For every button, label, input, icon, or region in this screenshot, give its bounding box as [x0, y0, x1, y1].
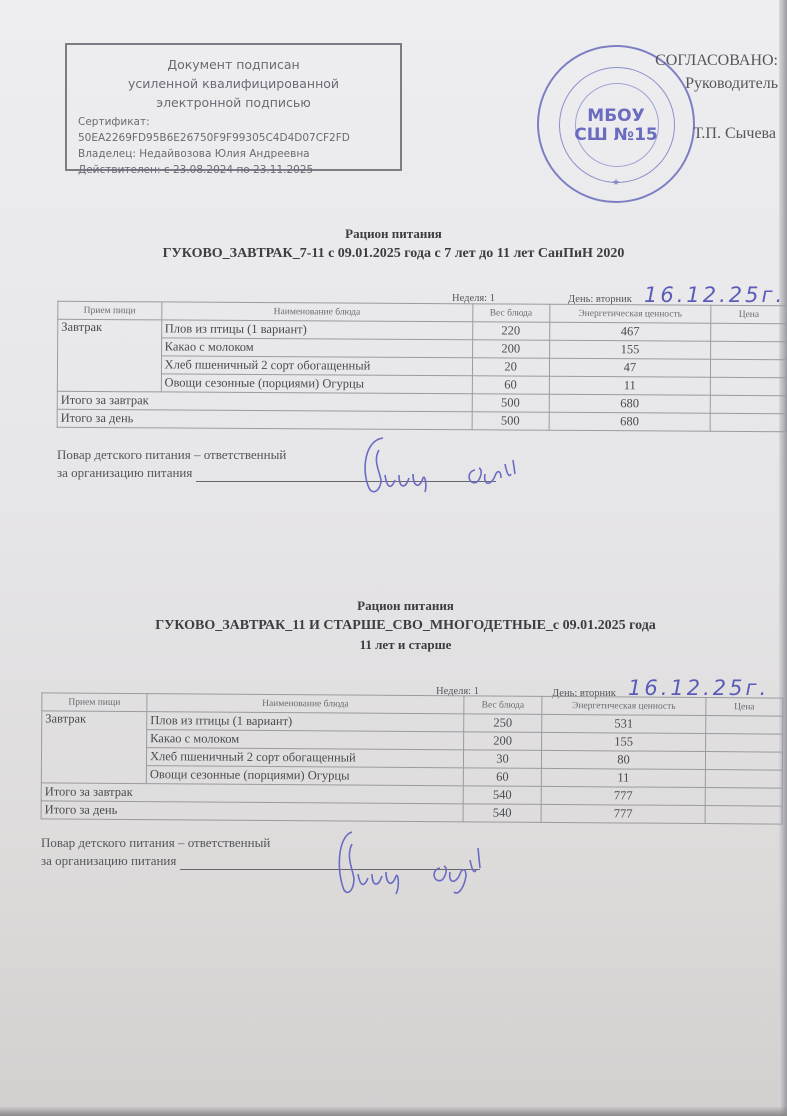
dish-price	[711, 323, 787, 341]
total-price	[705, 806, 782, 825]
menu-2-subtitle-2: 11 лет и старше	[12, 637, 787, 653]
column-header: Прием пищи	[42, 693, 147, 712]
stamp-line-1: МБОУ	[539, 107, 693, 126]
menu-1-footer-line-2: за организацию питания	[57, 465, 192, 480]
total-price	[710, 395, 786, 413]
total-weight: 500	[472, 412, 549, 430]
dish-price	[711, 359, 787, 377]
dish-price	[705, 770, 782, 789]
meal-cell: Завтрак	[57, 319, 161, 392]
total-weight: 540	[463, 786, 541, 805]
dish-price	[706, 734, 783, 753]
dish-energy: 467	[549, 322, 711, 341]
electronic-signature-box: Документ подписан усиленной квалифициров…	[65, 43, 402, 171]
total-row: Итого за день500680	[57, 409, 786, 431]
menu-1-table: Прием пищиНаименование блюдаВес блюдаЭне…	[57, 301, 787, 432]
menu-1-subtitle: ГУКОВО_ЗАВТРАК_7-11 с 09.01.2025 года с …	[0, 246, 787, 262]
menu-1-handwritten-signature	[355, 430, 545, 500]
dish-weight: 60	[463, 768, 541, 787]
column-header: Энергетическая ценность	[549, 304, 711, 323]
menu-2-handwritten-signature	[330, 826, 520, 901]
approval-role: Руководитель	[685, 71, 778, 97]
total-price	[705, 788, 782, 807]
total-label: Итого за день	[41, 801, 463, 822]
column-header: Вес блюда	[472, 304, 549, 322]
total-price	[710, 413, 786, 431]
dish-energy: 47	[549, 358, 711, 377]
cert-label: Сертификат:	[78, 114, 400, 130]
sig-line-1: Документ подписан	[67, 55, 400, 74]
sig-line-2: усиленной квалифицированной	[67, 74, 400, 93]
dish-price	[706, 716, 783, 735]
menu-2-subtitle: ГУКОВО_ЗАВТРАК_11 И СТАРШЕ_СВО_МНОГОДЕТН…	[12, 618, 787, 634]
total-weight: 540	[463, 804, 541, 823]
menu-1-title-block: Рацион питания ГУКОВО_ЗАВТРАК_7-11 с 09.…	[0, 226, 787, 262]
dish-weight: 220	[472, 322, 549, 340]
total-row: Итого за день540777	[41, 801, 782, 824]
cert-value: 50EA2269FD95B6E26750F9F99305C4D4D07CF2FD	[78, 130, 400, 146]
menu-1-table-wrap: Прием пищиНаименование блюдаВес блюдаЭне…	[57, 301, 787, 432]
dish-weight: 200	[464, 732, 542, 751]
dish-name: Хлеб пшеничный 2 сорт обогащенный	[161, 356, 472, 376]
dish-weight: 60	[472, 376, 549, 394]
dish-energy: 80	[541, 750, 705, 769]
column-header: Цена	[711, 305, 787, 323]
dish-name: Овощи сезонные (порциями) Огурцы	[161, 374, 472, 394]
dish-weight: 200	[472, 340, 549, 358]
column-header: Энергетическая ценность	[542, 696, 706, 715]
dish-name: Плов из птицы (1 вариант)	[161, 320, 472, 340]
dish-name: Овощи сезонные (порциями) Огурцы	[146, 766, 463, 786]
sig-line-3: электронной подписью	[67, 93, 400, 112]
dish-energy: 11	[549, 376, 711, 395]
dish-energy: 11	[541, 768, 705, 787]
menu-2-table: Прием пищиНаименование блюдаВес блюдаЭне…	[41, 692, 784, 824]
cert-owner: Владелец: Недайвозова Юлия Андреевна	[78, 146, 400, 162]
column-header: Вес блюда	[464, 696, 542, 715]
total-energy: 680	[549, 412, 711, 431]
total-label: Итого за день	[57, 409, 472, 430]
total-energy: 680	[549, 394, 711, 413]
dish-price	[711, 377, 787, 395]
dish-weight: 30	[463, 750, 541, 769]
dish-name: Хлеб пшеничный 2 сорт обогащенный	[146, 748, 463, 768]
total-energy: 777	[541, 786, 705, 805]
dish-weight: 250	[464, 714, 542, 733]
dish-name: Какао с молоком	[161, 338, 472, 358]
meal-cell: Завтрак	[41, 711, 147, 784]
total-energy: 777	[541, 804, 705, 823]
menu-1-handwritten-date: 16.12.25г.	[644, 283, 785, 307]
cert-validity: Действителен: с 23.08.2024 по 23.11.2025	[78, 162, 400, 178]
dish-energy: 155	[549, 340, 711, 359]
dish-energy: 155	[542, 732, 706, 751]
dish-price	[711, 341, 787, 359]
dish-name: Какао с молоком	[147, 730, 464, 750]
menu-2-table-wrap: Прием пищиНаименование блюдаВес блюдаЭне…	[41, 692, 784, 824]
total-weight: 500	[472, 394, 549, 412]
dish-name: Плов из птицы (1 вариант)	[147, 712, 464, 732]
menu-2-title-block: Рацион питания ГУКОВО_ЗАВТРАК_11 И СТАРШ…	[12, 598, 787, 653]
page-bottom-shadow	[0, 1106, 787, 1116]
dish-price	[705, 752, 782, 771]
dish-weight: 20	[472, 358, 549, 376]
column-header: Прием пищи	[58, 301, 162, 320]
menu-2-footer-line-2: за организацию питания	[41, 853, 176, 868]
column-header: Наименование блюда	[147, 694, 464, 714]
column-header: Наименование блюда	[161, 302, 472, 322]
document-page: Документ подписан усиленной квалифициров…	[0, 0, 787, 1116]
dish-energy: 531	[542, 714, 706, 733]
stamp-star-icon: ★	[612, 177, 620, 188]
column-header: Цена	[706, 698, 783, 717]
menu-1-title: Рацион питания	[0, 226, 787, 242]
page-edge	[779, 0, 787, 1116]
approval-name: Т.П. Сычева	[693, 121, 776, 147]
menu-2-title: Рацион питания	[12, 598, 787, 614]
stamp-line-2: СШ №15	[539, 126, 693, 145]
